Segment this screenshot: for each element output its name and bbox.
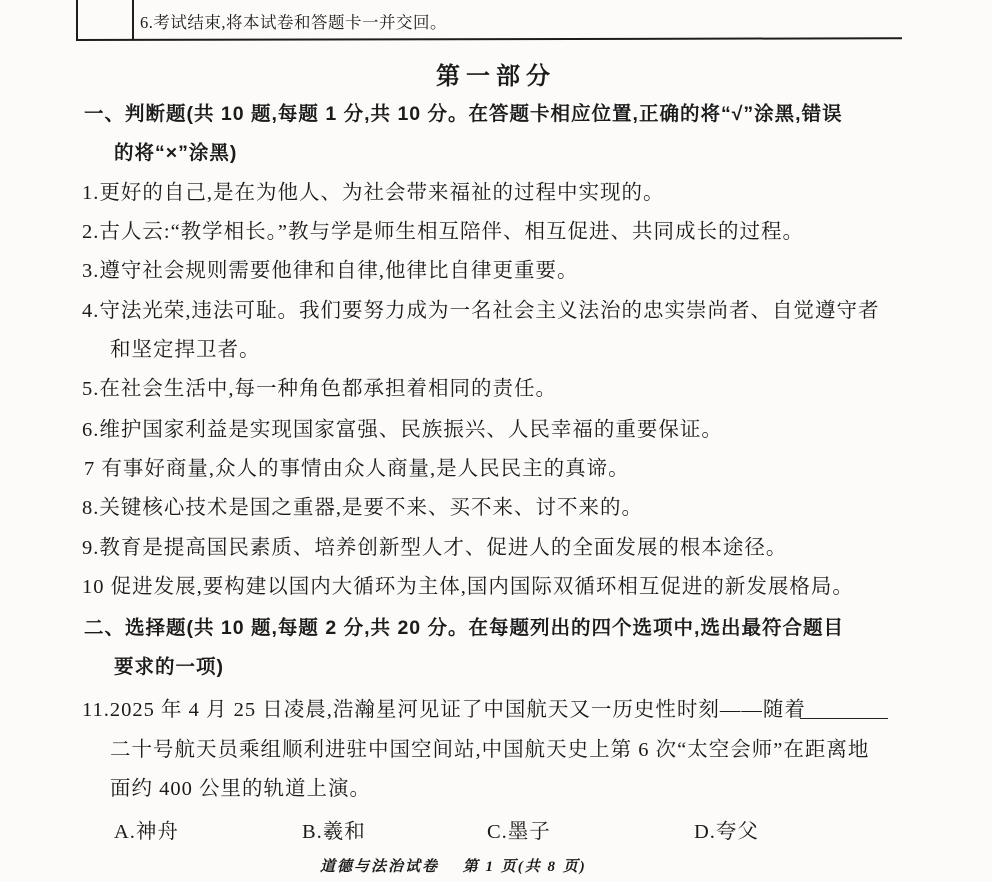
judge-q1: 1.更好的自己,是在为他人、为社会带来福祉的过程中实现的。: [82, 180, 665, 207]
choice-q11-line-2: 二十号航天员乘组顺利进驻中国空间站,中国航天史上第 6 次“太空会师”在距离地: [110, 737, 869, 764]
exam-paper-page: 6.考试结束,将本试卷和答题卡一并交回。 第一部分 一、判断题(共 10 题,每…: [0, 0, 992, 882]
judge-q2: 2.古人云:“教学相长。”教与学是师生相互陪伴、相互促进、共同成长的过程。: [82, 219, 804, 246]
choice-q11-line-1: 11.2025 年 4 月 25 日凌晨,浩瀚星河见证了中国航天又一历史性时刻—…: [82, 697, 806, 724]
q11-option-d: D.夸父: [694, 814, 759, 844]
part-one-title: 第一部分: [0, 56, 992, 91]
notice-box-divider: [132, 0, 134, 39]
judge-q6: 6.维护国家利益是实现国家富强、民族振兴、人民幸福的重要保证。: [82, 417, 723, 444]
choice-heading-line-2: 要求的一项): [114, 654, 224, 681]
judge-q8: 8.关键核心技术是国之重器,是要不来、买不来、讨不来的。: [82, 495, 643, 522]
notice-box-left-border: [76, 0, 78, 41]
q11-answer-blank: [800, 700, 888, 719]
judge-q4: 4.守法光荣,违法可耻。我们要努力成为一名社会主义法治的忠实崇尚者、自觉遵守者: [82, 298, 880, 325]
judge-q4-cont: 和坚定捍卫者。: [110, 337, 261, 364]
page-footer: 道德与法治试卷 第 1 页(共 8 页): [320, 855, 587, 876]
q11-option-a: A.神舟: [114, 814, 179, 844]
judge-heading-line-2: 的将“×”涂黑): [114, 140, 237, 167]
footer-page-number: 第 1 页(共 8 页): [463, 859, 587, 875]
exam-notice-item-6: 6.考试结束,将本试卷和答题卡一并交回。: [140, 9, 447, 33]
q11-option-c: C.墨子: [487, 814, 551, 844]
judge-q10: 10 促进发展,要构建以国内大循环为主体,国内国际双循环相互促进的新发展格局。: [82, 574, 854, 601]
choice-q11-line-3: 面约 400 公里的轨道上演。: [110, 776, 371, 803]
judge-q3: 3.遵守社会规则需要他律和自律,他律比自律更重要。: [82, 258, 579, 285]
footer-paper-title: 道德与法治试卷: [320, 859, 439, 875]
judge-q5: 5.在社会生活中,每一种角色都承担着相同的责任。: [82, 376, 557, 403]
choice-heading-line-1: 二、选择题(共 10 题,每题 2 分,共 20 分。在每题列出的四个选项中,选…: [84, 615, 844, 642]
notice-box-bottom-border: [76, 37, 902, 41]
judge-q7: 7 有事好商量,众人的事情由众人商量,是人民民主的真谛。: [84, 456, 630, 483]
judge-heading-line-1: 一、判断题(共 10 题,每题 1 分,共 10 分。在答题卡相应位置,正确的将…: [84, 101, 843, 128]
q11-option-b: B.羲和: [302, 814, 366, 844]
judge-q9: 9.教育是提高国民素质、培养创新型人才、促进人的全面发展的根本途径。: [82, 535, 787, 562]
